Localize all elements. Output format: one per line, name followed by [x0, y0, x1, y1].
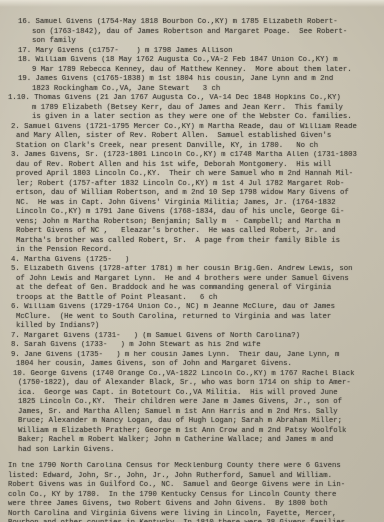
entry-8: 8. Sarah Givens (1733- ) m John Stewart …	[0, 341, 378, 351]
entry-1-10: 1.10. Thomas Givens (21 Jan 1767 Augusta…	[0, 94, 378, 123]
entry-10: 10. George Givens (1740 Orange Co.,VA-18…	[0, 370, 378, 456]
entry-5: 5. Elizabeth Givens (1728-after 1781) m …	[0, 265, 378, 303]
census-paragraph: In tne 1790 North Carolina Census for Me…	[0, 462, 378, 522]
entry-3: 3. James Givens, Sr. (1723-1801 Lincoln …	[0, 151, 378, 256]
entry-4: 4. Martha Givens (1725- )	[0, 256, 378, 266]
entry-18: 18. William Givens (18 May 1762 Augusta …	[0, 56, 378, 75]
entry-16: 16. Samuel Givens (1754-May 1818 Bourbon…	[0, 18, 378, 47]
entry-7: 7. Margaret Givens (1731- ) (m Samuel Gi…	[0, 332, 378, 342]
entry-17: 17. Mary Givens (c1757- ) m 1798 James A…	[0, 47, 378, 57]
entry-19: 19. James Givens (c1765-1838) m 1st 1804…	[0, 75, 378, 94]
entry-2: 2. Samuel Givens (1721-1795 Mercer Co.,K…	[0, 123, 378, 152]
entries-list: 16. Samuel Givens (1754-May 1818 Bourbon…	[0, 18, 378, 455]
entry-9: 9. Jane Givens (1735- ) m her cousin Jam…	[0, 351, 378, 370]
document-page: 16. Samuel Givens (1754-May 1818 Bourbon…	[0, 0, 384, 522]
entry-6: 6. William Givens (1729-1764 Union Co., …	[0, 303, 378, 332]
